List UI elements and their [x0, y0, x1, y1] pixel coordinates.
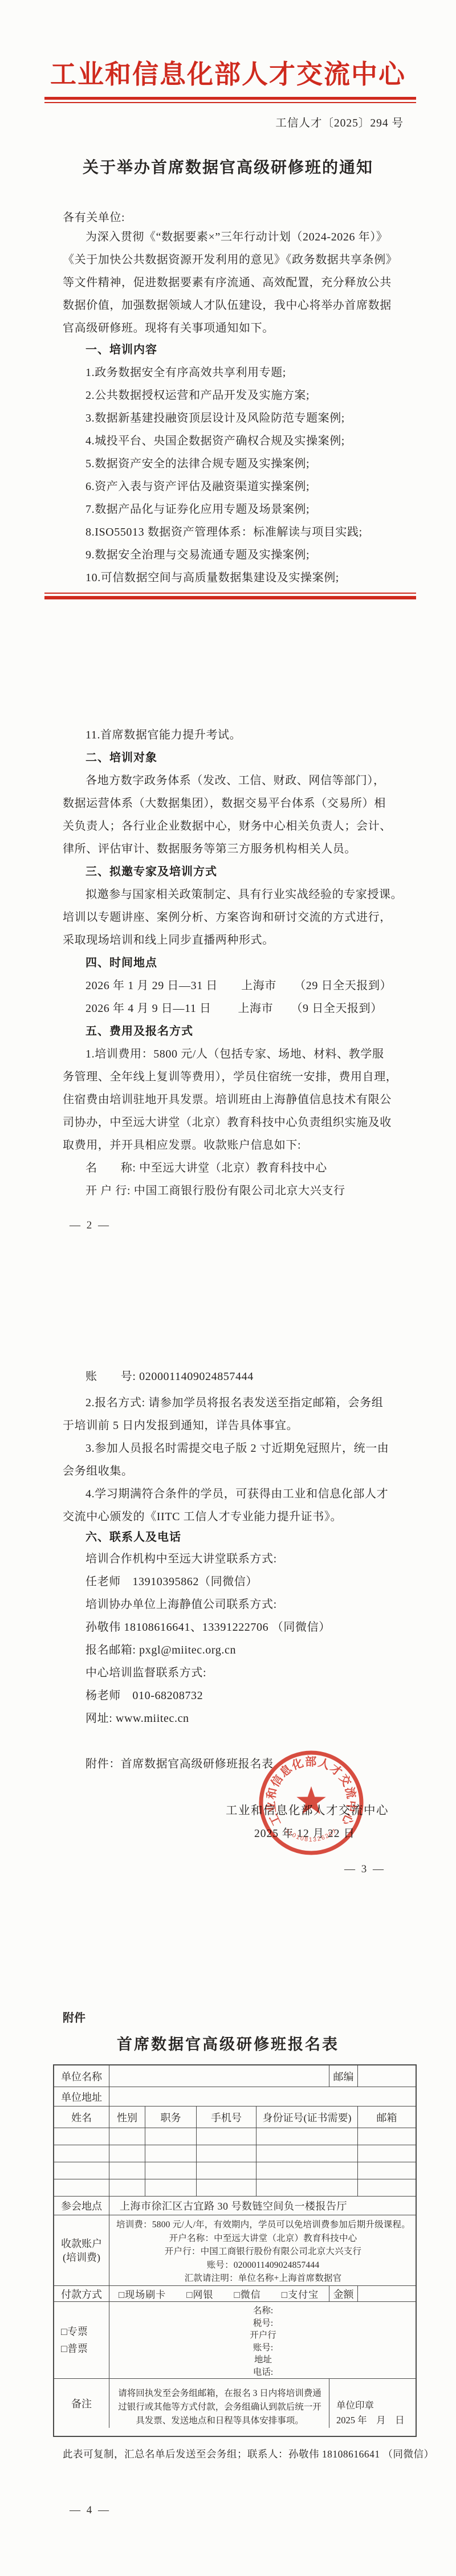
header-rule-thin — [44, 102, 416, 103]
text-line: 8.ISO55013 数据资产管理体系：标准解读与项目实践; — [63, 521, 416, 544]
unit-address-input-cell — [109, 2087, 416, 2106]
blank-cell — [256, 2128, 358, 2145]
text-line: 会务组收集。 — [63, 1460, 416, 1483]
text-line: 账号: — [116, 2342, 410, 2354]
section-heading-3: 三、拟邀专家及培训方式 — [63, 860, 416, 883]
section-heading-6: 六、联系人及电话 — [63, 1526, 416, 1549]
blank-cell — [358, 2179, 416, 2196]
table-row-account: 收款账户 (培训费) 培训费：5800 元/人/年，有效期内，学员可以免培训费参… — [54, 2215, 416, 2286]
text-line: 孙敬伟 18108616641、13391222706 （同微信） — [63, 1616, 416, 1639]
text-line: 11.首席数据官能力提升考试。 — [63, 724, 416, 746]
payment-label: 付款方式 — [54, 2286, 109, 2301]
text-line: 2026 年 1 月 29 日—31 日 上海市 （29 日全天报到） — [63, 974, 416, 997]
remark-text: 请将回执发至会务组邮箱，在报名 3 日内将培训费通过银行或其他等方式付款，会务组… — [109, 2379, 329, 2428]
registration-paragraphs: 2.报名方式: 请参加学员将报名表发送至指定邮箱，会务组于培训前 5 日内发报到… — [63, 1391, 416, 1528]
text-line: 开户行：中国工商银行股份有限公司北京大兴支行 — [116, 2245, 410, 2259]
text-line: 过银行或其他等方式付款，会务组确认到款后统一开 — [116, 2401, 323, 2414]
table-row-person-blank — [54, 2179, 416, 2197]
text-line: 4.学习期满符合条件的学员，可获得由工业和信息化部人才 — [63, 1483, 416, 1505]
doc-number: 工信人才〔2025〕294 号 — [275, 114, 404, 130]
text-line: 培训协办单位上海静值公司联系方式: — [63, 1593, 416, 1616]
col-header-email: 邮箱 — [358, 2106, 416, 2128]
page1-footer-rule-thin — [44, 593, 416, 594]
text-line: 名 称: 中至远大讲堂（北京）教育科技中心 — [63, 1157, 416, 1179]
blank-cell — [54, 2179, 109, 2196]
page-number-4: — 4 — — [70, 2504, 111, 2517]
training-content-item-11: 11.首席数据官能力提升考试。 — [63, 724, 416, 746]
schedule-lines: 2026 年 1 月 29 日—31 日 上海市 （29 日全天报到）2026 … — [63, 974, 416, 1020]
text-line: 税号: — [116, 2317, 410, 2330]
experts-paragraph: 拟邀参与国家相关政策制定、具有行业实战经验的专家授课。培训以专题讲座、案例分析、… — [63, 883, 416, 952]
star-icon — [296, 1786, 325, 1814]
text-line: 培训合作机构中至远大讲堂联系方式: — [63, 1548, 416, 1570]
text-line: 4.城投平台、央国企数据资产确权合规及实操案例; — [63, 430, 416, 452]
registration-form-table: 单位名称 邮编 单位地址 姓名 性别 职务 手机号 身份证号(证书需要) 邮箱 — [53, 2064, 417, 2437]
venue-value: 上海市徐汇区古宜路 30 号数链空间负一楼报告厅 — [109, 2197, 416, 2215]
blank-cell — [358, 2162, 416, 2179]
text-line: 数据价值，加强数据领域人才队伍建设，我中心将举办首席数据 — [63, 294, 416, 317]
blank-cell — [197, 2179, 256, 2196]
postcode-label: 邮编 — [329, 2065, 358, 2087]
text-line: 培训费：5800 元/人/年，有效期内，学员可以免培训费参加后期升级课程。 — [116, 2218, 410, 2232]
section-heading-1: 一、培训内容 — [63, 338, 416, 361]
text-line: 3.参加人员报名时需提交电子版 2 寸近期免冠照片，统一由 — [63, 1437, 416, 1460]
text-line: 报名邮箱: pxgl@miitec.org.cn — [63, 1639, 416, 1661]
blank-cell — [54, 2128, 109, 2145]
stamp-hint: 单位印章 — [336, 2398, 416, 2413]
text-line: 收款账户 — [61, 2237, 102, 2251]
account-label: 收款账户 (培训费) — [54, 2215, 109, 2285]
stamp-area: 单位印章 2025 年 月 日 — [329, 2379, 416, 2428]
attachment-label: 附件 — [63, 2007, 85, 2030]
text-line: 住宿费由培训驻地开具发票。培训班由上海静值信息技术有限公 — [63, 1088, 416, 1111]
section-heading-4: 四、时间地点 — [63, 952, 416, 974]
text-line: 请将回执发至会务组邮箱，在报名 3 日内将培训费通 — [116, 2387, 323, 2401]
text-line: 2.报名方式: 请参加学员将报名表发送至指定邮箱，会务组 — [63, 1391, 416, 1414]
page1-footer-rule-thick — [44, 596, 416, 599]
stamp-date-hint: 2025 年 月 日 — [336, 2413, 416, 2428]
invoice-type-checkboxes: □专票□普票 — [54, 2302, 109, 2378]
col-header-mobile: 手机号 — [197, 2106, 256, 2128]
blank-cell — [109, 2128, 145, 2145]
account-number-line: 账 号: 0200011409024857444 — [63, 1365, 416, 1388]
table-row-unit-address: 单位地址 — [54, 2087, 416, 2106]
official-seal: 工业和信息化部人才交流中心 1101081326207 — [256, 1747, 366, 1859]
text-line: 各地方数字政务体系（发改、工信、财政、网信等部门）， — [63, 769, 416, 792]
text-line: 务管理、全年线上复训等费用），学员住宿统一安排，费用自理， — [63, 1065, 416, 1088]
text-line: 律所、评估审计、数据服务等第三方服务机构相关人员。 — [63, 838, 416, 860]
page-number-3: — 3 — — [344, 1863, 385, 1876]
blank-cell — [358, 2128, 416, 2145]
text-line: 汇款请注明：单位名称+上海首席数据官 — [116, 2272, 410, 2285]
blank-cell — [145, 2128, 197, 2145]
remark-label: 备注 — [54, 2379, 109, 2428]
text-line: 中心培训监督联系方式: — [63, 1661, 416, 1684]
postcode-input-cell — [358, 2065, 416, 2087]
blank-cell — [109, 2162, 145, 2179]
page-title: 关于举办首席数据官高级研修班的通知 — [0, 155, 456, 178]
blank-cell — [358, 2145, 416, 2162]
account-bank-line: 开 户 行: 中国工商银行股份有限公司北京大兴支行 — [63, 1179, 416, 1202]
text-line: 6.资产入表与资产评估及融资渠道实操案例; — [63, 475, 416, 498]
audience-paragraph: 各地方数字政务体系（发改、工信、财政、网信等部门），数据运营体系（大数据集团），… — [63, 769, 416, 860]
table-row-payment: 付款方式 □现场刷卡 □网银 □微信 □支付宝 金额 — [54, 2286, 416, 2302]
blank-cell — [54, 2145, 109, 2162]
text-line: 1.培训费用：5800 元/人（包括专家、场地、材料、教学服 — [63, 1043, 416, 1065]
text-line: 1.政务数据安全有序高效共享利用专题; — [63, 361, 416, 384]
text-line: 账 号: 0200011409024857444 — [63, 1365, 416, 1388]
text-line: 7.数据产品化与证券化应用专题及场景案例; — [63, 498, 416, 521]
unit-address-label: 单位地址 — [54, 2087, 109, 2106]
text-line: 开 户 行: 中国工商银行股份有限公司北京大兴支行 — [63, 1179, 416, 1202]
form-title: 首席数据官高级研修班报名表 — [0, 2027, 456, 2061]
text-line: □普票 — [61, 2340, 88, 2357]
text-line: 关负责人；各行业企业数据中心，财务中心相关负责人；会计、 — [63, 815, 416, 838]
fee-paragraph: 1.培训费用：5800 元/人（包括专家、场地、材料、教学服务管理、全年线上复训… — [63, 1043, 416, 1157]
blank-cell — [109, 2145, 145, 2162]
form-footer-note: 此表可复制，汇总名单后发送至会务组；联系人：孙敬伟 18108616641 （同… — [63, 2447, 416, 2461]
text-line: 等文件精神，促进数据要素有序流通、高效配置，充分释放公共 — [63, 271, 416, 294]
text-line: 杨老师 010-68208732 — [63, 1684, 416, 1707]
letterhead-title: 工业和信息化部人才交流中心 — [0, 54, 456, 91]
text-line: 具发票、发送地点和日程等具体安排事项。 — [116, 2414, 323, 2428]
text-line: 5.数据资产安全的法律合规专题及实操案例; — [63, 452, 416, 475]
blank-cell — [256, 2145, 358, 2162]
table-header-row: 姓名 性别 职务 手机号 身份证号(证书需要) 邮箱 — [54, 2106, 416, 2128]
blank-cell — [145, 2145, 197, 2162]
unit-name-input-cell — [109, 2065, 329, 2087]
text-line: 名称: — [116, 2305, 410, 2317]
text-line: (培训费) — [63, 2251, 100, 2264]
text-line: 交流中心颁发的《IITC 工信人才专业能力提升证书》。 — [63, 1505, 416, 1528]
seal-serial-number: 1101081326207 — [284, 1827, 339, 1843]
text-line: 账号：0200011409024857444 — [116, 2259, 410, 2272]
section-heading-5: 五、费用及报名方式 — [63, 1020, 416, 1043]
table-row-unit-name: 单位名称 邮编 — [54, 2065, 416, 2087]
text-line: 培训以专题讲座、案例分析、方案咨询和研讨交流的方式进行， — [63, 906, 416, 929]
table-row-invoice: □专票□普票 名称:税号:开户行账号:地址电话: — [54, 2302, 416, 2379]
text-line: 9.数据安全治理与交易流通专题及实操案例; — [63, 544, 416, 566]
blank-cell — [197, 2162, 256, 2179]
text-line: 任老师 13910395862（同微信） — [63, 1570, 416, 1593]
table-row-venue: 参会地点 上海市徐汇区古宜路 30 号数链空间负一楼报告厅 — [54, 2197, 416, 2215]
blank-cell — [54, 2162, 109, 2179]
text-line: 2026 年 4 月 9 日—11 日 上海市 （9 日全天报到） — [63, 997, 416, 1020]
blank-cell — [145, 2162, 197, 2179]
text-line: 官高级研修班。现将有关事项通知如下。 — [63, 317, 416, 340]
text-line: 于培训前 5 日内发报到通知，详告具体事宜。 — [63, 1414, 416, 1437]
text-line: 拟邀参与国家相关政策制定、具有行业实战经验的专家授课。 — [63, 883, 416, 906]
header-rule-thick — [44, 97, 416, 100]
text-line: 10.可信数据空间与高质量数据集建设及实操案例; — [63, 566, 416, 589]
col-header-name: 姓名 — [54, 2106, 109, 2128]
text-line: 2.公共数据授权运营和产品开发及实施方案; — [63, 384, 416, 407]
payment-options-checkboxes: □现场刷卡 □网银 □微信 □支付宝 — [109, 2286, 329, 2301]
text-line: 为深入贯彻《“数据要素×”三年行动计划（2024-2026 年）》 — [63, 226, 416, 248]
account-details: 培训费：5800 元/人/年，有效期内，学员可以免培训费参加后期升级课程。开户名… — [109, 2215, 416, 2285]
col-header-gender: 性别 — [109, 2106, 145, 2128]
text-line: 司协办，中至远大讲堂（北京）教育科技中心负责组织实施及收 — [63, 1111, 416, 1134]
blank-cell — [109, 2179, 145, 2196]
text-line: 网址: www.miitec.cn — [63, 1707, 416, 1730]
table-row-person-blank — [54, 2128, 416, 2145]
blank-cell — [197, 2128, 256, 2145]
text-line: 开户行 — [116, 2329, 410, 2342]
text-line: 《关于加快公共数据资源开发利用的意见》《政务数据共享条例》 — [63, 248, 416, 271]
text-line: 电话: — [116, 2366, 410, 2378]
blank-cell — [145, 2179, 197, 2196]
text-line: □专票 — [61, 2323, 88, 2340]
table-row-person-blank — [54, 2162, 416, 2179]
col-header-id-number: 身份证号(证书需要) — [256, 2106, 358, 2128]
intro-paragraph: 为深入贯彻《“数据要素×”三年行动计划（2024-2026 年）》《关于加快公共… — [63, 226, 416, 340]
training-content-list: 1.政务数据安全有序高效共享利用专题;2.公共数据授权运营和产品开发及实施方案;… — [63, 361, 416, 589]
table-row-person-blank — [54, 2145, 416, 2162]
col-header-title: 职务 — [145, 2106, 197, 2128]
text-line: 开户名称：中至远大讲堂（北京）教育科技中心 — [116, 2232, 410, 2246]
contact-lines: 培训合作机构中至远大讲堂联系方式:任老师 13910395862（同微信）培训协… — [63, 1548, 416, 1730]
amount-input-cell — [358, 2286, 416, 2301]
venue-label: 参会地点 — [54, 2197, 109, 2215]
account-name-line: 名 称: 中至远大讲堂（北京）教育科技中心 — [63, 1157, 416, 1179]
blank-cell — [256, 2162, 358, 2179]
unit-name-label: 单位名称 — [54, 2065, 109, 2087]
text-line: 地址 — [116, 2354, 410, 2366]
invoice-fields: 名称:税号:开户行账号:地址电话: — [109, 2302, 416, 2378]
text-line: 数据运营体系（大数据集团），数据交易平台体系（交易所）相 — [63, 792, 416, 815]
scanned-document: 工业和信息化部人才交流中心 工信人才〔2025〕294 号 关于举办首席数据官高… — [0, 0, 456, 2576]
blank-cell — [256, 2179, 358, 2196]
text-line: 3.数据新基建投融资顶层设计及风险防范专题案例; — [63, 407, 416, 430]
text-line: 取费用，并开具相应发票。收款账户信息如下: — [63, 1134, 416, 1157]
amount-label: 金额 — [329, 2286, 358, 2301]
blank-cell — [197, 2145, 256, 2162]
svg-text:1101081326207: 1101081326207 — [284, 1827, 339, 1843]
table-row-remark: 备注 请将回执发至会务组邮箱，在报名 3 日内将培训费通过银行或其他等方式付款，… — [54, 2379, 416, 2428]
text-line: 采取现场培训和线上同步直播两种形式。 — [63, 929, 416, 952]
page-number-2: — 2 — — [70, 1219, 111, 1232]
section-heading-2: 二、培训对象 — [63, 746, 416, 769]
